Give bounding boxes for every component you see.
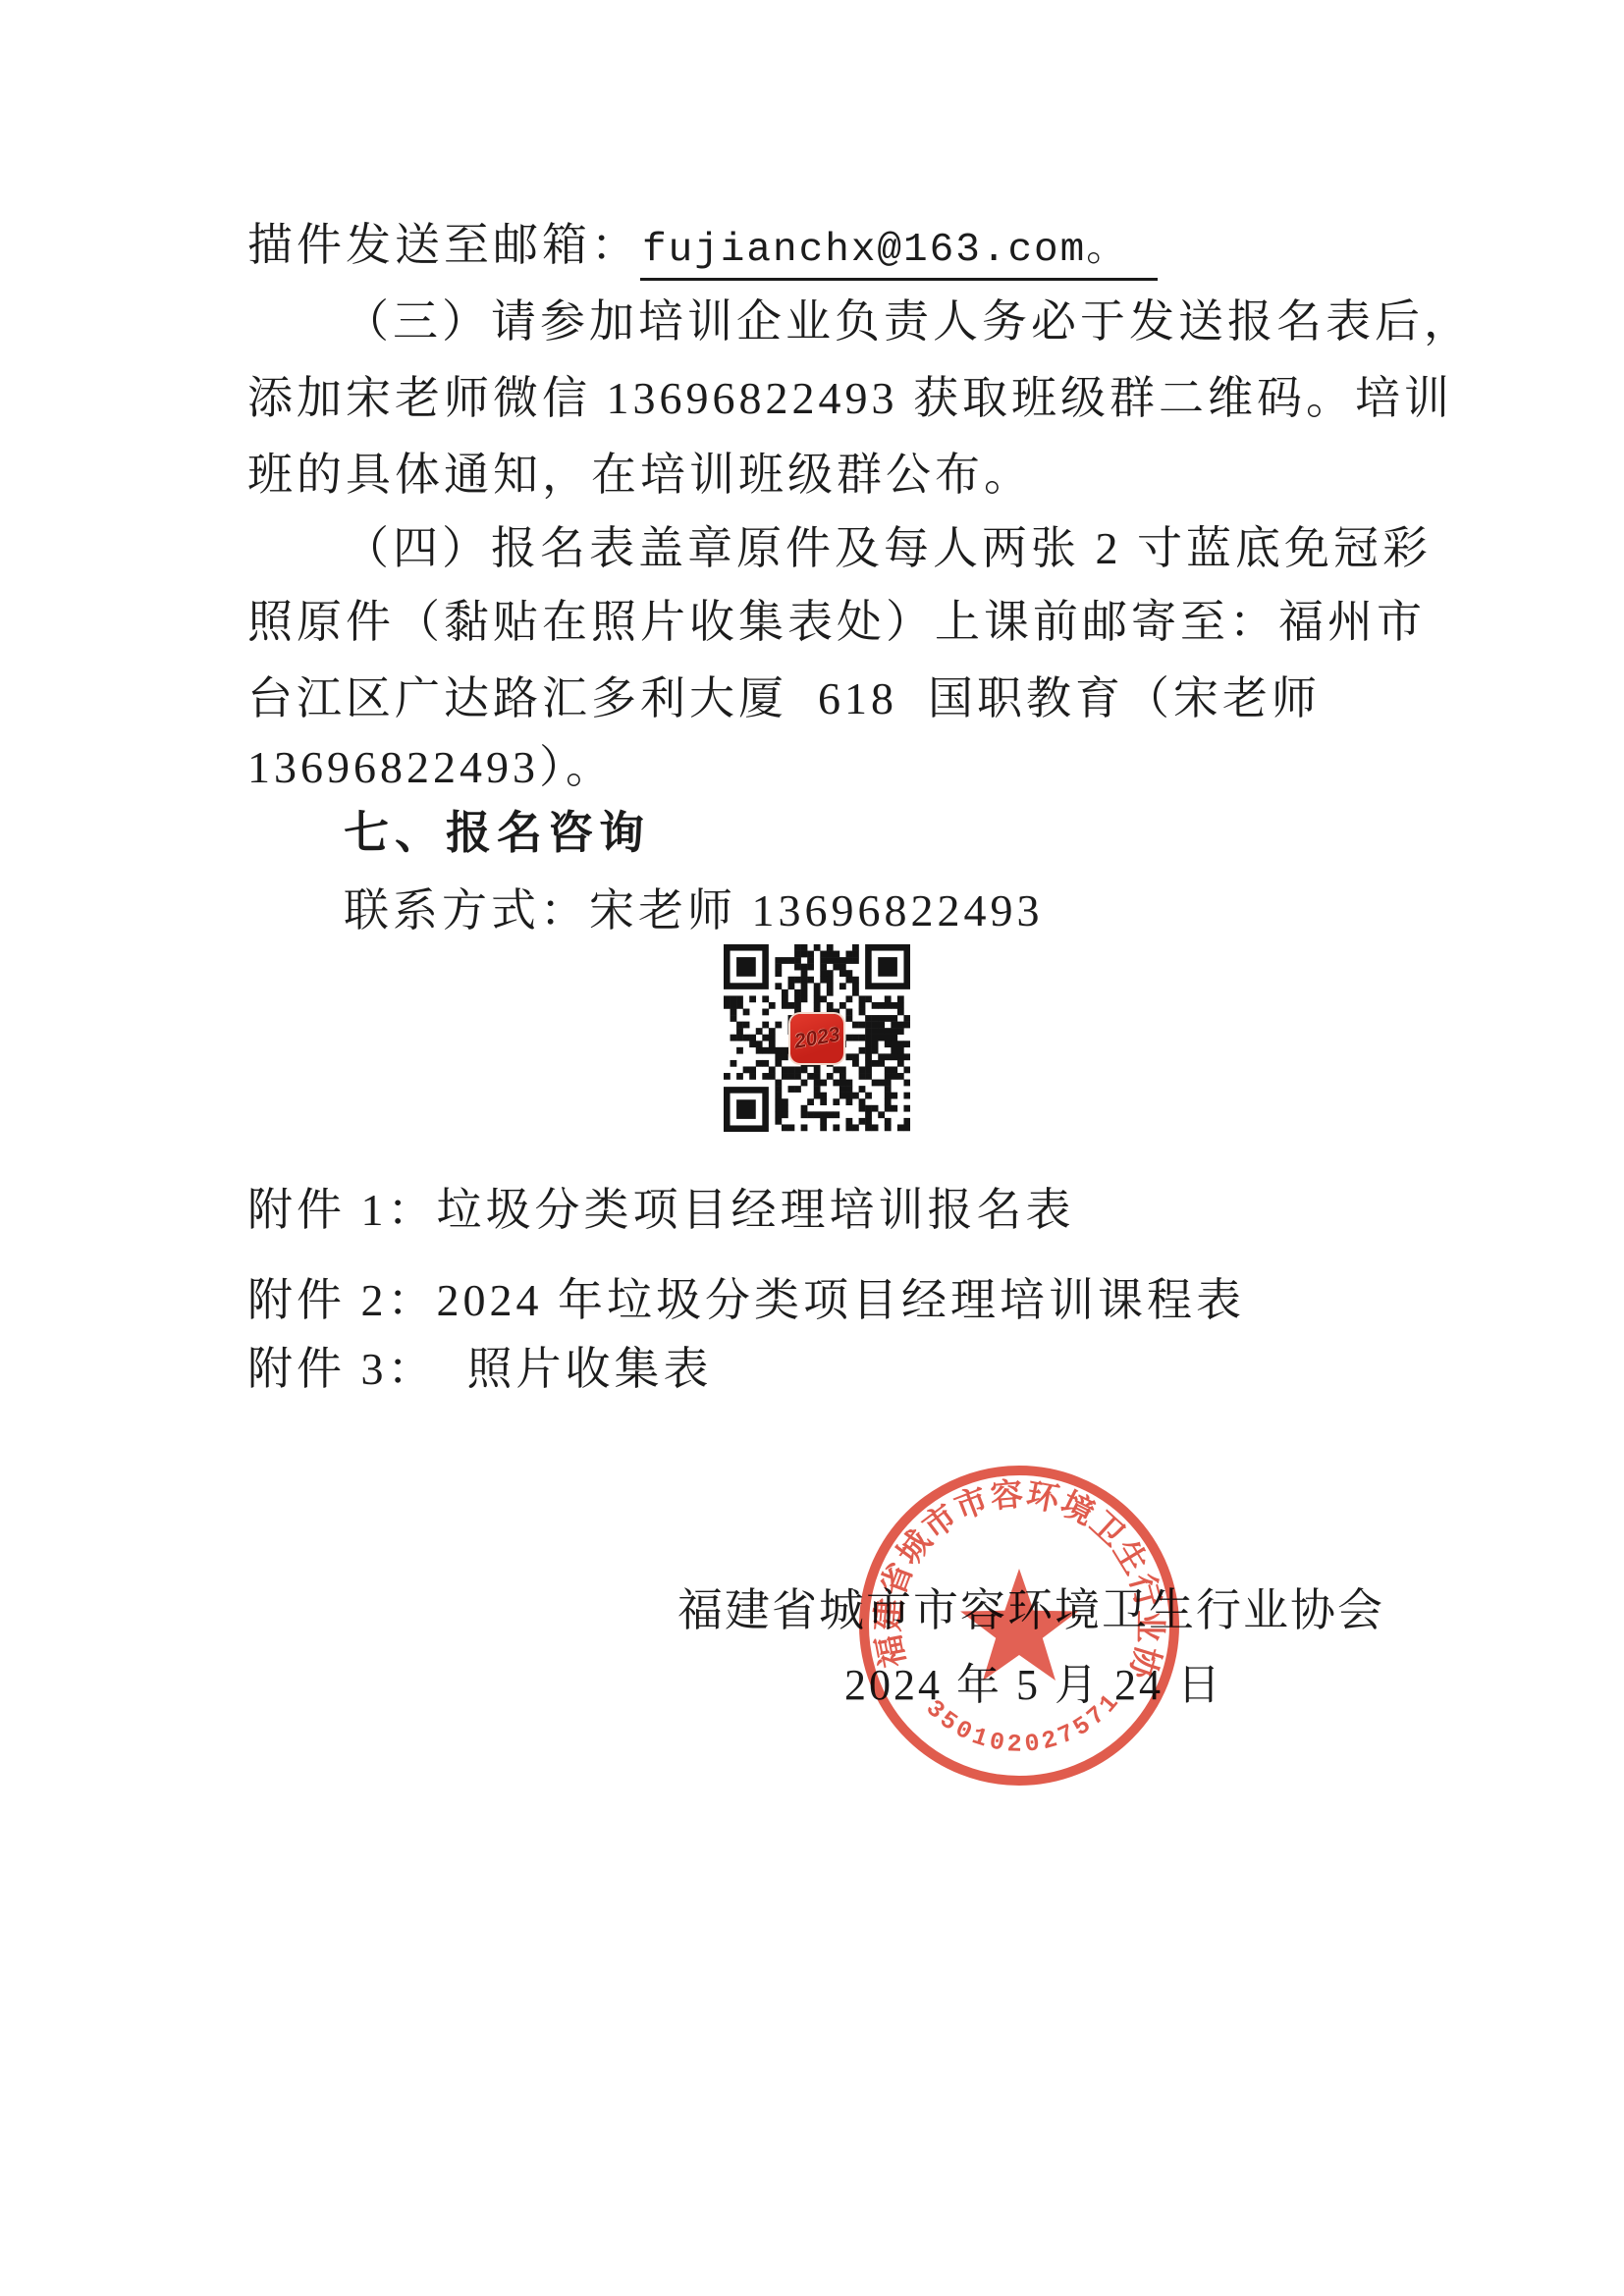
text-segment: 添加宋老师微信 13696822493 获取班级群二维码。培训 (247, 373, 1453, 423)
body-line: （四）报名表盖章原件及每人两张 2 寸蓝底免冠彩 (247, 521, 1483, 575)
text-segment: 联系方式：宋老师 13696822493 (344, 885, 1044, 935)
body-line: 添加宋老师微信 13696822493 获取班级群二维码。培训 (247, 371, 1386, 425)
text-segment: 班的具体通知，在培训班级群公布。 (247, 450, 1033, 500)
email-link[interactable]: fujianchx@163.com。 (640, 228, 1158, 281)
text-segment: 描件发送至邮箱： (247, 220, 640, 270)
attachment-line: 附件 1：垃圾分类项目经理培训报名表 (247, 1174, 1386, 1239)
text-segment: （三）请参加培训企业负责人务必于发送报名表后， (344, 296, 1473, 347)
section-heading: 七、报名咨询 (247, 806, 1483, 860)
text-segment: 七、报名咨询 (344, 807, 650, 858)
qr-code: 2023 (724, 944, 910, 1132)
body-line: （三）请参加培训企业负责人务必于发送报名表后， (247, 294, 1483, 348)
document-page: 描件发送至邮箱：fujianchx@163.com。（三）请参加培训企业负责人务… (0, 0, 1624, 2296)
qr-logo-text: 2023 (792, 1023, 841, 1054)
text-segment: 13696822493）。 (247, 742, 615, 792)
signature-date: 2024 年 5 月 24 日 (844, 1649, 1223, 1712)
qr-logo: 2023 (790, 1014, 843, 1063)
text-segment: （四）报名表盖章原件及每人两张 2 寸蓝底免冠彩 (344, 523, 1432, 573)
body-line: 描件发送至邮箱：fujianchx@163.com。 (247, 218, 1386, 275)
body-line: 照原件（黏贴在照片收集表处）上课前邮寄至：福州市 (247, 595, 1386, 649)
body-line: 班的具体通知，在培训班级群公布。 (247, 448, 1386, 502)
attachment-line: 附件 2：2024 年垃圾分类项目经理培训课程表 (247, 1264, 1386, 1329)
text-segment: 照原件（黏贴在照片收集表处）上课前邮寄至：福州市 (247, 597, 1426, 647)
body-line: 台江区广达路汇多利大厦 618 国职教育（宋老师 (247, 671, 1386, 725)
attachment-line: 附件 3： 照片收集表 (247, 1333, 1386, 1398)
body-line: 联系方式：宋老师 13696822493 (247, 883, 1483, 937)
body-line: 13696822493）。 (247, 740, 1386, 794)
text-segment: 台江区广达路汇多利大厦 618 国职教育（宋老师 (247, 673, 1321, 723)
signature-org: 福建省城市市容环境卫生行业协会 (677, 1575, 1384, 1639)
